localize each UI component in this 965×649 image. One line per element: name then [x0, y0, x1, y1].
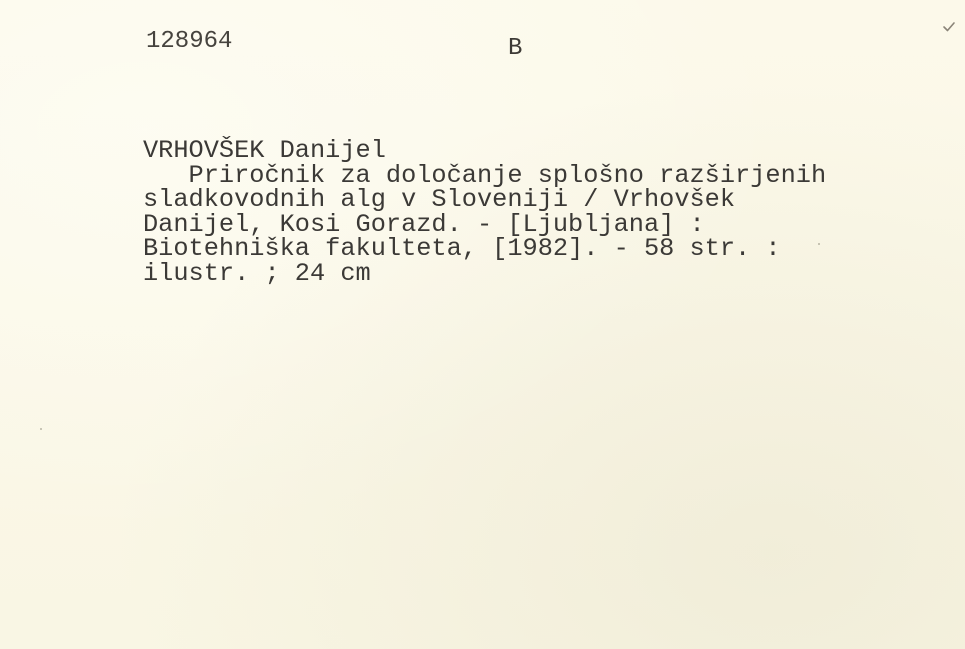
entry-line-title-cont: sladkovodnih alg v Sloveniji / Vrhovšek [143, 188, 826, 213]
catalog-entry: VRHOVŠEK Danijel Priročnik za določanje … [143, 139, 826, 286]
catalog-card: 128964 B VRHOVŠEK Danijel Priročnik za d… [0, 0, 965, 649]
accession-number: 128964 [146, 30, 232, 55]
paper-speck [40, 428, 42, 430]
location-mark: B [508, 37, 522, 62]
paper-speck [818, 243, 820, 245]
entry-line-publisher: Biotehniška fakulteta, [1982]. - 58 str.… [143, 237, 826, 262]
entry-line-physical-description: ilustr. ; 24 cm [143, 262, 826, 287]
entry-heading: VRHOVŠEK Danijel [143, 139, 826, 164]
checkmark-icon [942, 20, 956, 34]
